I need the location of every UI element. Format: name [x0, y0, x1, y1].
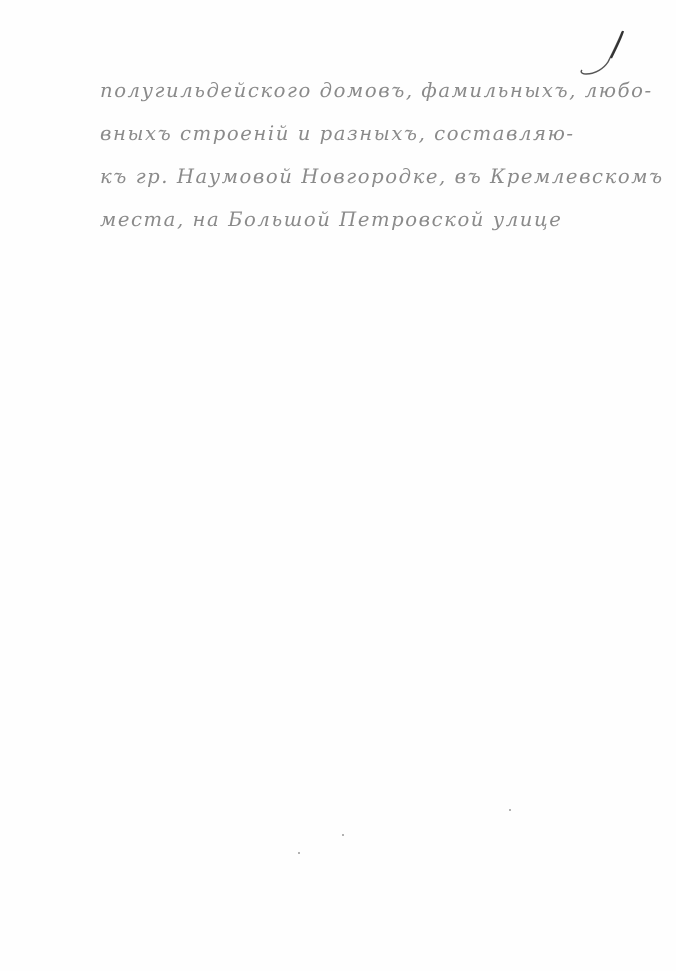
- manuscript-page: полугильдейского домовъ, фамильныхъ, люб…: [0, 0, 676, 971]
- paper-speck: [509, 809, 511, 811]
- paper-speck: [298, 852, 300, 854]
- paper-speck: [342, 834, 344, 836]
- text-line-3: къ гр. Наумовой Новгородке, въ Кремлевск…: [100, 164, 664, 188]
- text-line-2: вныхъ строеній и разныхъ, составляю-: [100, 121, 575, 145]
- text-line-1: полугильдейского домовъ, фамильныхъ, люб…: [100, 78, 653, 102]
- page-number-mark: [578, 28, 638, 84]
- text-line-4: места, на Большой Петровской улице: [100, 207, 562, 231]
